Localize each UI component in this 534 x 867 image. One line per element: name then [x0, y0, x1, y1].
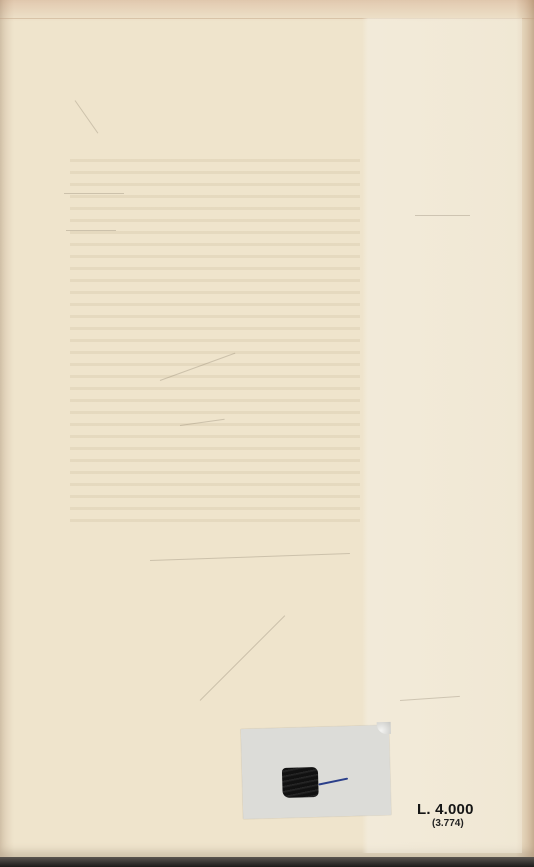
book-back-cover: L. 4.000 (3.774)	[0, 0, 534, 857]
bottom-edge-shadow	[0, 857, 534, 867]
scratch-mark	[64, 193, 124, 194]
scratch-mark	[150, 553, 350, 561]
sticker-curled-corner	[377, 722, 391, 734]
scratch-mark	[200, 615, 286, 701]
scratch-mark	[66, 230, 116, 231]
bleed-through-text-shadow	[70, 150, 360, 530]
pen-stroke	[318, 778, 348, 786]
price-sticker	[241, 725, 391, 819]
scratch-mark	[415, 215, 470, 216]
price-secondary-label: (3.774)	[432, 818, 464, 829]
price-label: L. 4.000	[417, 801, 474, 818]
marker-scribble	[282, 767, 319, 798]
scratch-mark	[75, 100, 99, 133]
